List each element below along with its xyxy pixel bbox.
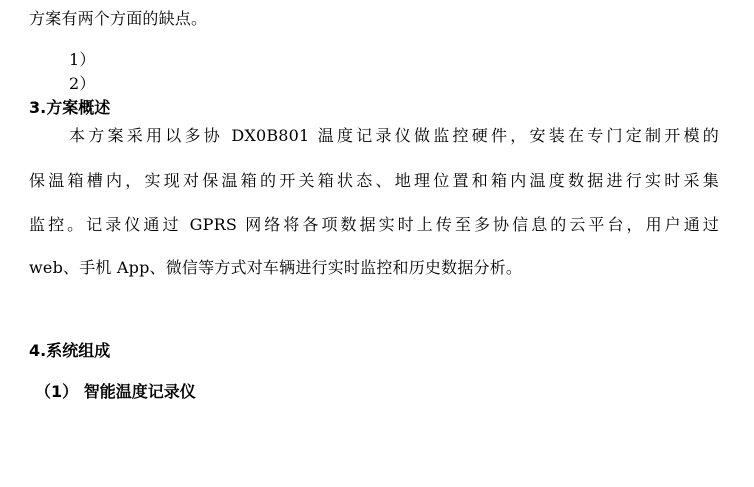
list-item-2: 2） [69,74,96,94]
intro-line: 方案有两个方面的缺点。 [29,9,207,29]
section-3-heading: 3.方案概述 [29,98,110,118]
section-4-subheading: （1） 智能温度记录仪 [35,382,196,402]
paragraph-line-3: 监控。记录仪通过 GPRS 网络将各项数据实时上传至多协信息的云平台，用户通过 [29,215,719,235]
paragraph-line-2: 保温箱槽内，实现对保温箱的开关箱状态、地理位置和箱内温度数据进行实时采集 [29,171,719,191]
paragraph-line-1: 本方案采用以多协 DX0B801 温度记录仪做监控硬件，安装在专门定制开模的 [69,126,719,146]
paragraph-line-4: web、手机 App、微信等方式对车辆进行实时监控和历史数据分析。 [29,258,522,278]
list-item-1: 1） [69,50,96,70]
section-4-heading: 4.系统组成 [29,341,110,361]
